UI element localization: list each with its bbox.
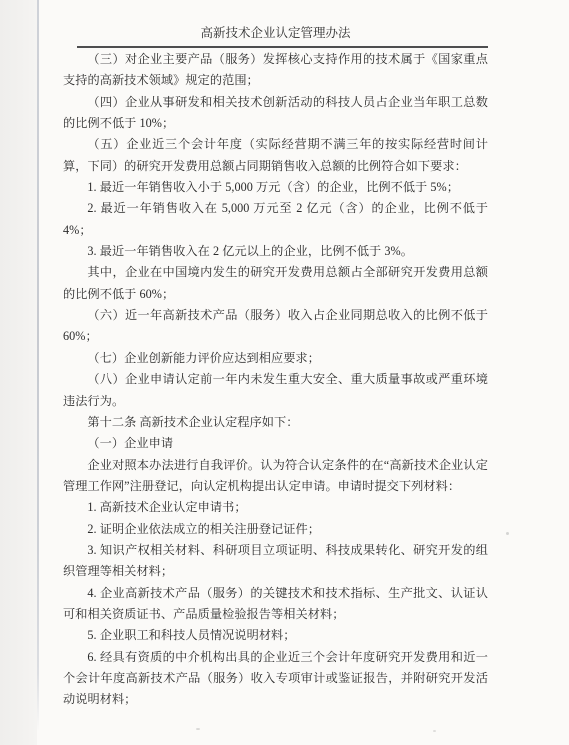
section-heading: （一）企业申请 [63, 433, 488, 454]
list-item: 2. 证明企业依法成立的相关注册登记证件； [63, 519, 488, 540]
article-heading: 第十二条 高新技术企业认定程序如下： [63, 412, 488, 433]
list-item: 3. 最近一年销售收入在 2 亿元以上的企业，比例不低于 3%。 [63, 241, 488, 262]
header-rule [77, 46, 488, 48]
list-item: 6. 经具有资质的中介机构出具的企业近三个会计年度研究开发费用和近一个会计年度高… [63, 647, 488, 711]
paragraph: 企业对照本办法进行自我评价。认为符合认定条件的在“高新技术企业认定管理工作网”注… [63, 455, 488, 498]
list-item: 5. 企业职工和科技人员情况说明材料； [63, 625, 488, 646]
paragraph: （三）对企业主要产品（服务）发挥核心支持作用的技术属于《国家重点支持的高新技术领… [63, 49, 488, 92]
scan-speck [506, 532, 509, 535]
scan-margin [0, 0, 37, 745]
list-item: 1. 最近一年销售收入小于 5,000 万元（含）的企业，比例不低于 5%； [63, 177, 488, 198]
paragraph: 其中，企业在中国境内发生的研究开发费用总额占全部研究开发费用总额的比例不低于 6… [63, 262, 488, 305]
list-item: 3. 知识产权相关材料、科研项目立项证明、科技成果转化、研究开发的组织管理等相关… [63, 540, 488, 583]
paragraph: （四）企业从事研发和相关技术创新活动的科技人员占企业当年职工总数的比例不低于 1… [63, 92, 488, 135]
scan-speck [196, 728, 200, 730]
scan-speck [481, 58, 485, 60]
list-item: 4. 企业高新技术产品（服务）的关键技术和技术指标、生产批文、认证认可和相关资质… [63, 583, 488, 626]
scan-speck [433, 730, 436, 732]
list-item: 2. 最近一年销售收入在 5,000 万元至 2 亿元（含）的企业，比例不低于 … [63, 198, 488, 241]
paragraph: （六）近一年高新技术产品（服务）收入占企业同期总收入的比例不低于 60%； [63, 305, 488, 348]
paragraph: （七）企业创新能力评价应达到相应要求； [63, 348, 488, 369]
paragraph: （八）企业申请认定前一年内未发生重大安全、重大质量事故或严重环境违法行为。 [63, 369, 488, 412]
paragraph: （五）企业近三个会计年度（实际经营期不满三年的按实际经营时间计算，下同）的研究开… [63, 134, 488, 177]
page-header-title: 高新技术企业认定管理办法 [63, 25, 488, 41]
page-edge-line [37, 0, 39, 732]
list-item: 1. 高新技术企业认定申请书； [63, 497, 488, 518]
document-body: （三）对企业主要产品（服务）发挥核心支持作用的技术属于《国家重点支持的高新技术领… [63, 49, 488, 711]
